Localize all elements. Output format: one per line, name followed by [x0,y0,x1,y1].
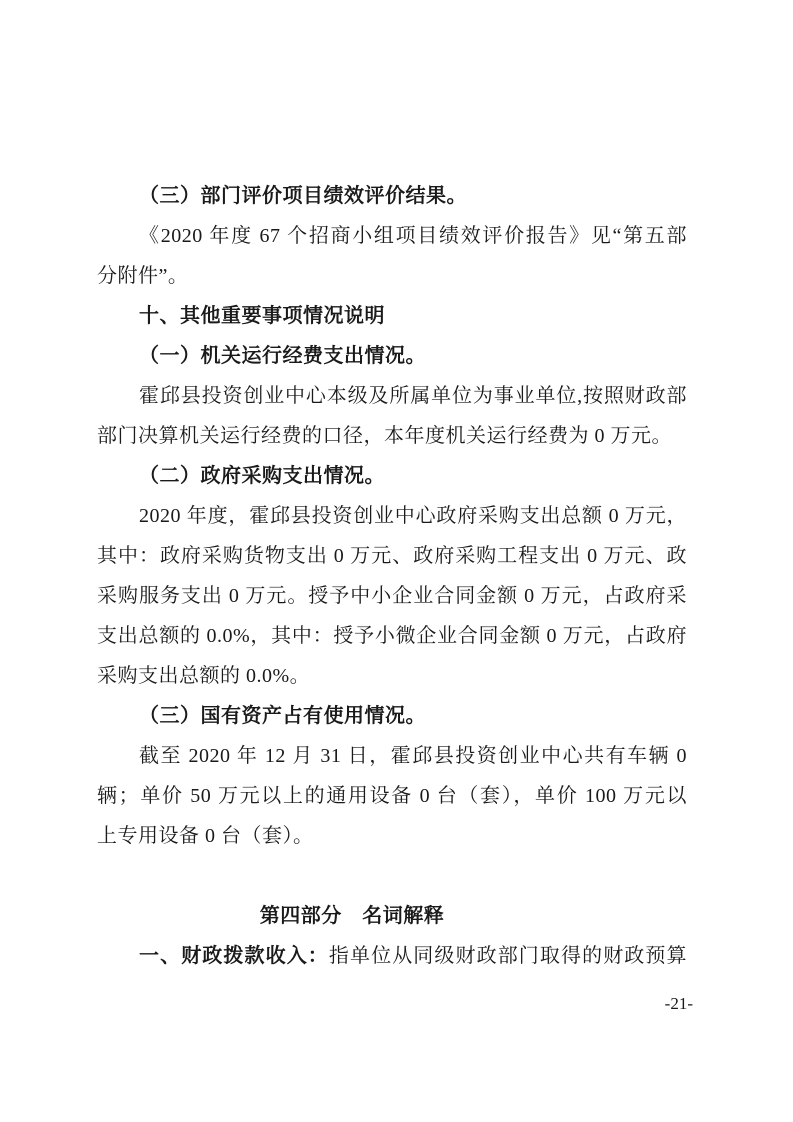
para-assets-line3: 上专用设备 0 台（套）。 [97,816,687,856]
text-run: 部门决算机关运行经费的口径，本年度机关运行经费为 0 万元。 [97,425,672,447]
para-eval-report-line1: 《2020 年度 67 个招商小组项目绩效评价报告》见“第五部 [97,216,687,256]
para-procurement-line2: 其中：政府采购货物支出 0 万元、政府采购工程支出 0 万元、政府 [97,536,687,576]
heading-state-assets: （三）国有资产占有使用情况。 [97,696,687,736]
bold-text-run: 第四部分 名词解释 [260,905,445,927]
text-run: 采购支出总额的 0.0%。 [97,665,310,687]
para-operating-expense-line2: 部门决算机关运行经费的口径，本年度机关运行经费为 0 万元。 [97,416,687,456]
para-operating-expense-line1: 霍邱县投资创业中心本级及所属单位为事业单位,按照财政部 [97,376,687,416]
bold-text-run: （三）部门评价项目绩效评价结果。 [139,185,467,207]
para-eval-report-line2: 分附件”。 [97,256,687,296]
para-procurement-line5: 采购支出总额的 0.0%。 [97,656,687,696]
bold-text-run: （二）政府采购支出情况。 [139,465,385,487]
para-glossary-fiscal-income: 一、财政拨款收入：指单位从同级财政部门取得的财政预算资 [97,936,687,976]
text-run: 《2020 年度 67 个招商小组项目绩效评价报告》见“第五部 [139,225,687,247]
para-procurement-line1: 2020 年度，霍邱县投资创业中心政府采购支出总额 0 万元， [97,496,687,536]
text-run: 2020 年度，霍邱县投资创业中心政府采购支出总额 0 万元， [139,505,687,527]
text-run: 霍邱县投资创业中心本级及所属单位为事业单位,按照财政部 [139,385,687,407]
text-run: 其中：政府采购货物支出 0 万元、政府采购工程支出 0 万元、政府 [97,545,687,576]
section-title-part4-glossary: 第四部分 名词解释 [97,896,687,936]
text-run: 分附件”。 [97,265,188,287]
bold-text-run: 十、其他重要事项情况说明 [139,305,385,327]
text-run: 采购服务支出 0 万元。授予中小企业合同金额 0 万元，占政府采购 [97,585,687,616]
bold-text-run: 一、财政拨款收入： [139,945,329,967]
text-run: 上专用设备 0 台（套）。 [97,825,314,847]
para-procurement-line4: 支出总额的 0.0%，其中：授予小微企业合同金额 0 万元，占政府 [97,616,687,656]
bold-text-run: （三）国有资产占有使用情况。 [139,705,426,727]
para-assets-line1: 截至 2020 年 12 月 31 日，霍邱县投资创业中心共有车辆 0 [97,736,687,776]
heading-other-important-matters: 十、其他重要事项情况说明 [97,296,687,336]
document-body: （三）部门评价项目绩效评价结果。《2020 年度 67 个招商小组项目绩效评价报… [97,176,687,976]
para-procurement-line3: 采购服务支出 0 万元。授予中小企业合同金额 0 万元，占政府采购 [97,576,687,616]
heading-gov-procurement: （二）政府采购支出情况。 [97,456,687,496]
heading-dept-eval-results: （三）部门评价项目绩效评价结果。 [97,176,687,216]
text-run: 支出总额的 0.0%，其中：授予小微企业合同金额 0 万元，占政府 [97,625,687,647]
document-page: （三）部门评价项目绩效评价结果。《2020 年度 67 个招商小组项目绩效评价报… [0,0,793,1122]
page-number: -21- [665,994,693,1014]
text-run: 截至 2020 年 12 月 31 日，霍邱县投资创业中心共有车辆 0 [139,745,687,767]
para-assets-line2: 辆；单价 50 万元以上的通用设备 0 台（套），单价 100 万元以 [97,776,687,816]
text-run: 辆；单价 50 万元以上的通用设备 0 台（套），单价 100 万元以 [97,785,687,807]
heading-operating-expense: （一）机关运行经费支出情况。 [97,336,687,376]
bold-text-run: （一）机关运行经费支出情况。 [139,345,426,367]
